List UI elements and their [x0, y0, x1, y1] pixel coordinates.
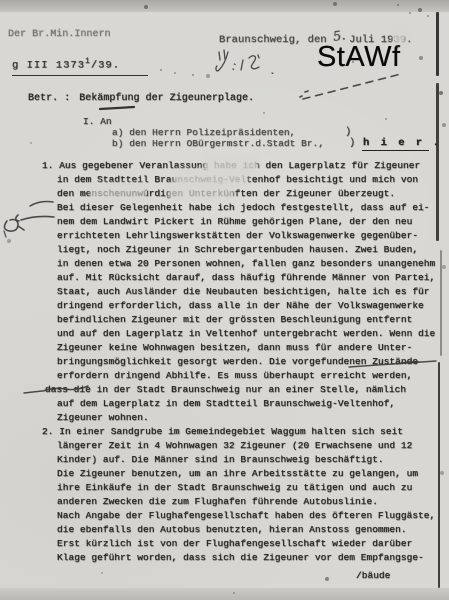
file-reference-rest: /39. [91, 60, 120, 72]
file-reference: g III 13731/39. [12, 57, 148, 76]
body-line: in denen etwa 20 Personen wohnen, fallen… [57, 258, 435, 269]
faded-area [92, 185, 144, 198]
body-line: 2. In einer Sandgrube im Gemeindegebiet … [42, 426, 403, 437]
page-edge-line [436, 12, 439, 76]
page-edge-line [440, 250, 442, 356]
dashed-pen-mark [300, 74, 401, 99]
body-line: dass die in der Stadt Braunschweig nur a… [45, 384, 406, 395]
body-line: und auf den Lagerplatz in Veltenhof unte… [57, 328, 435, 339]
body-line: Kinder) auf. Die Männer sind in Braunsch… [57, 454, 384, 465]
hier-designation: h i e r. [362, 137, 439, 149]
distribution-heading: I. An [83, 116, 112, 127]
noise-speckles [0, 0, 2, 2]
body-line: ihre Einkäufe in der Stadt Braunschweig … [57, 482, 412, 493]
sender-line: Der Br.Min.Innern [8, 29, 111, 40]
body-line: Staat, auch Ausländer die Neubauten besi… [57, 286, 430, 297]
page-edge-line [436, 83, 439, 241]
subject-label: Betr. : [28, 93, 70, 104]
body-line: Klage geführt worden, dass sich die Zige… [57, 552, 424, 563]
hier-underlined: h i e r [362, 137, 429, 151]
body-line: anderen Zwecken die zum Flughafen führen… [57, 496, 378, 507]
catchword: /bäude [356, 570, 390, 581]
body-line: liegt, noch Zigeuner in Schrebergartenbu… [57, 244, 418, 255]
recipient-a: a) den Herrn Polizeipräsidenten, [112, 127, 295, 138]
archive-watermark: StAWf [317, 43, 401, 72]
scanned-document-page: Der Br.Min.Innern Braunschweig, den5.Jul… [0, 0, 449, 600]
faded-area [395, 30, 404, 42]
subject-line: Betr. :Bekämpfung der Zigeunerplage. [28, 93, 254, 104]
file-reference-main: g III 1373 [12, 60, 85, 72]
bracket-b: ) [349, 137, 355, 149]
faded-area [206, 157, 256, 170]
scan-edge-top [0, 0, 449, 12]
body-line: auf. Mit Rücksicht darauf, dass häufig f… [57, 272, 435, 283]
handwritten-initials [216, 50, 273, 73]
body-line: Erst kürzlich ist von der Flughafengesel… [57, 538, 412, 549]
body-line: errichteten Lehrlingswerkstätten der Vol… [57, 230, 418, 241]
body-line: Bei dieser Gelegenheit habe ich jedoch f… [57, 202, 430, 213]
recipient-b: b) den Herrn OBürgermstr.d.Stadt Br., [112, 138, 324, 149]
hier-period: . [433, 137, 439, 149]
faded-area [170, 185, 232, 198]
faded-area [176, 171, 246, 184]
body-line: Nach Angabe der Flughafengesellschaft ha… [57, 510, 435, 521]
body-line: befindlichen Zigeuner mit der grössten B… [57, 314, 412, 325]
body-line: Die Zigeuner benutzen, um an ihre Arbeit… [57, 468, 418, 479]
date-place: Braunschweig, den [219, 34, 327, 46]
body-line: auf dem Lagerplatz in dem Stadtteil Brau… [57, 398, 395, 409]
page-edge-line [438, 362, 440, 588]
body-line: erfordern dringend Abhilfe. Es muss über… [57, 370, 412, 381]
body-line: nem dem Landwirt Pickert in Rühme gehöri… [57, 216, 412, 227]
body-line: dringend erforderlich, dass alle in der … [57, 300, 424, 311]
body-line: Zigeuner wohnen. [57, 412, 149, 423]
body-line: die ebenfalls den Autobus benutzten, hie… [57, 524, 407, 535]
subject-text: Bekämpfung der Zigeunerplage. [79, 93, 254, 104]
subject-underline-mark [100, 107, 134, 109]
body-line: längerer Zeit in 4 Wohnwagen 32 Zigeuner… [57, 440, 412, 451]
body-line: bringungsmöglichkeit gesorgt werden. Die… [57, 356, 418, 367]
scan-edge-bottom [0, 588, 449, 600]
margin-annotation [4, 202, 54, 238]
body-line: Zigeuner keine Wohnwagen besitzen, dann … [57, 342, 412, 353]
